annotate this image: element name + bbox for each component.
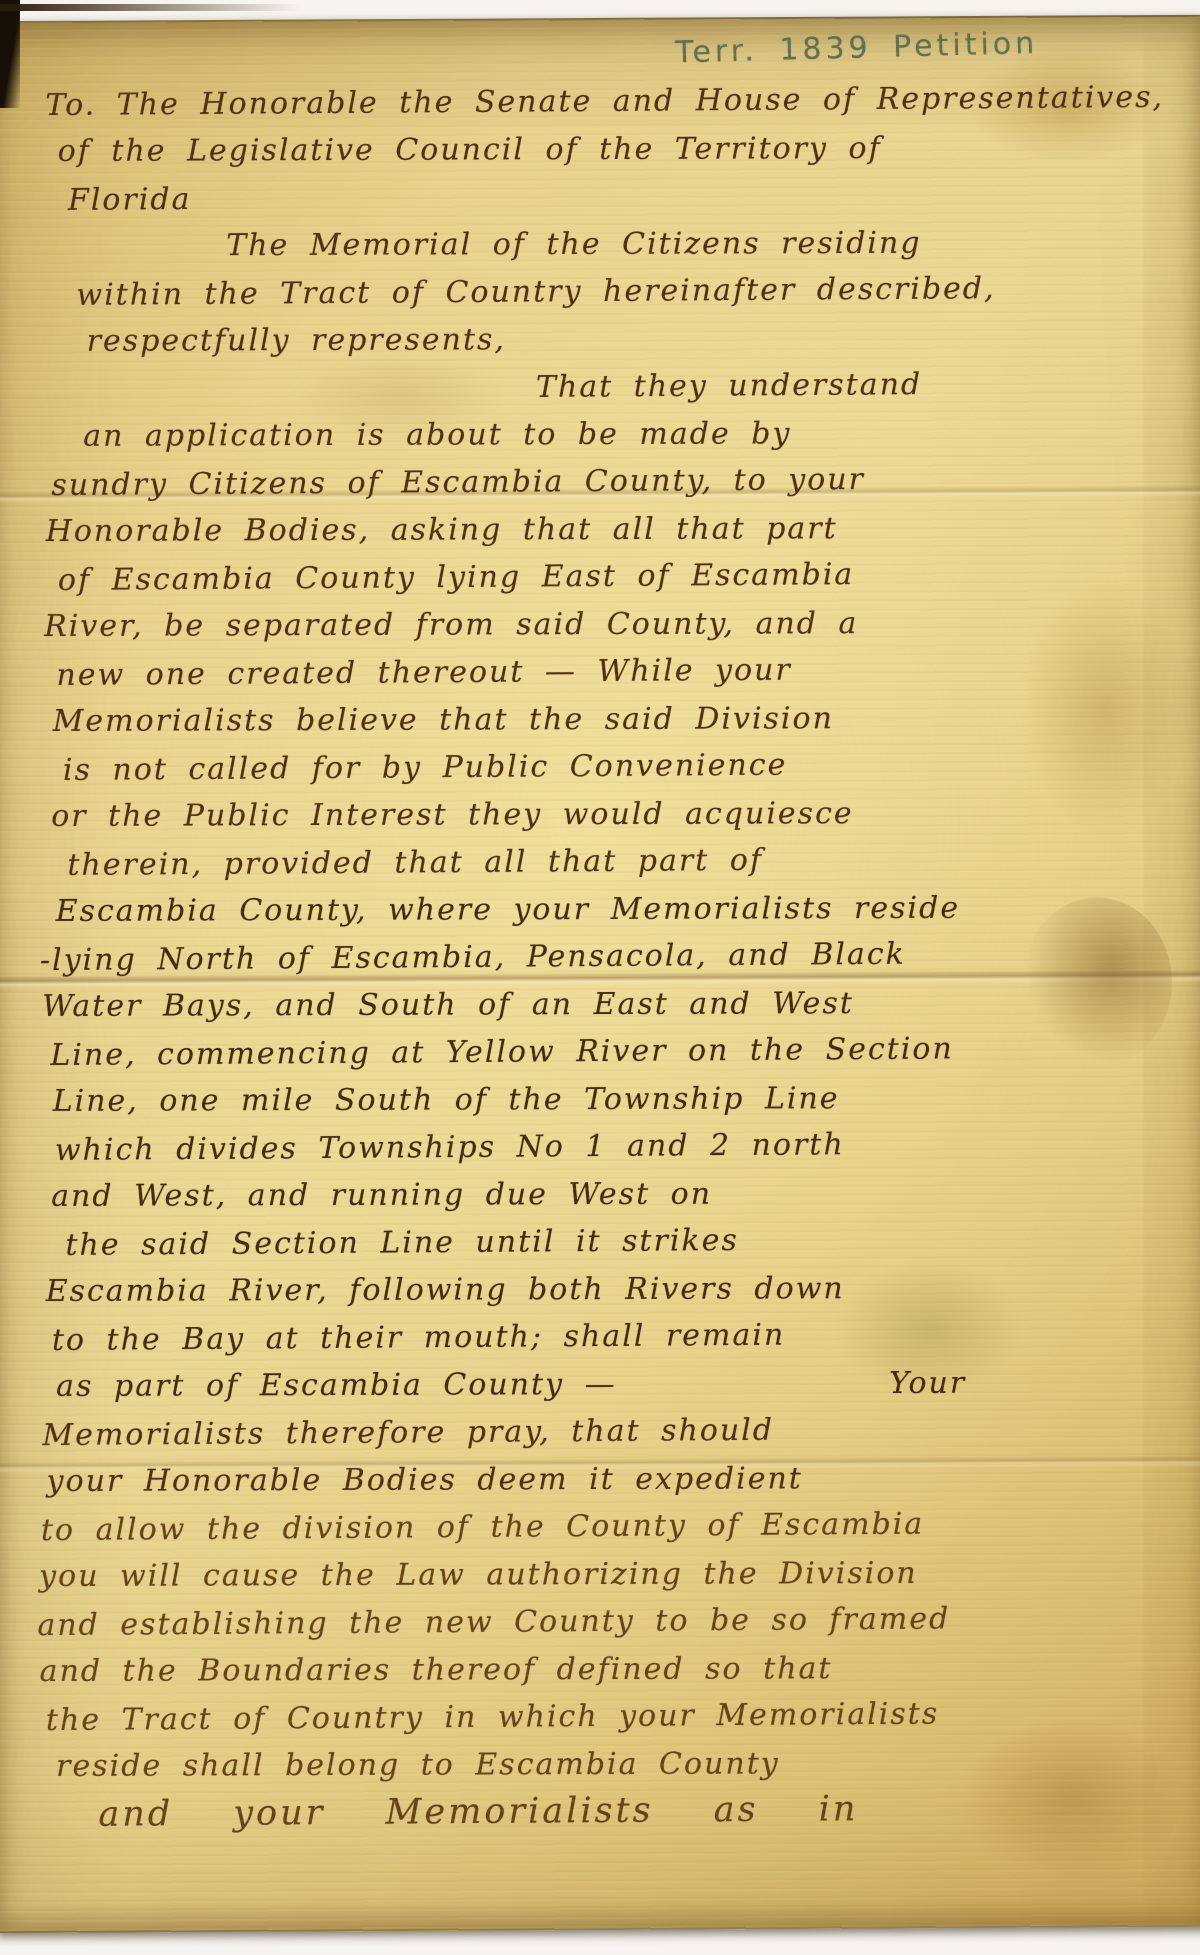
manuscript-line: River, be separated from said County, an…	[44, 599, 1132, 650]
manuscript-line: Memorialists therefore pray, that should	[42, 1404, 1136, 1460]
scanner-edge-artifact	[0, 0, 20, 108]
manuscript-line: Memorialists believe that the said Divis…	[53, 694, 1133, 745]
manuscript-line: The Memorial of the Citizens residing	[226, 219, 1130, 270]
manuscript-line: to the Bay at their mouth; shall remain	[52, 1309, 1136, 1364]
manuscript-line: your Honorable Bodies deem it expedient	[47, 1454, 1137, 1505]
manuscript-line-right: Your	[889, 1359, 966, 1407]
manuscript-line: of the Legislative Council of the Territ…	[58, 124, 1130, 175]
manuscript-line: -lying North of Escambia, Pensacola, and…	[40, 929, 1134, 985]
manuscript-line: you will cause the Law authorizing the D…	[39, 1549, 1137, 1600]
manuscript-line: Escambia River, following both Rivers do…	[46, 1264, 1136, 1315]
manuscript-line: Honorable Bodies, asking that all that p…	[46, 504, 1132, 555]
manuscript-line: to allow the division of the County of E…	[41, 1499, 1137, 1555]
manuscript-line: which divides Townships No 1 and 2 north	[55, 1119, 1135, 1174]
manuscript-line: To. The Honorable the Senate and House o…	[45, 74, 1129, 129]
manuscript-line: That they understand	[536, 360, 1131, 412]
manuscript-line: an application is about to be made by	[83, 409, 1131, 460]
manuscript-line: and your Memorialists as in	[98, 1784, 1138, 1839]
manuscript-line: as part of Escambia County — Your	[56, 1359, 1136, 1410]
manuscript-line: is not called for by Public Convenience	[63, 739, 1133, 794]
manuscript-line: the said Section Line until it strikes	[65, 1214, 1135, 1269]
archival-annotation: Terr. 1839 Petition	[675, 26, 1039, 70]
manuscript-line: Water Bays, and South of an East and Wes…	[42, 979, 1134, 1030]
manuscript-line: the Tract of Country in which your Memor…	[46, 1689, 1138, 1745]
manuscript-line: Florida	[68, 169, 1130, 224]
manuscript-body: To. The Honorable the Senate and House o…	[29, 75, 1138, 1838]
manuscript-line: or the Public Interest they would acquie…	[51, 789, 1133, 840]
manuscript-line: of Escambia County lying East of Escambi…	[58, 549, 1132, 604]
manuscript-line: sundry Citizens of Escambia County, to y…	[51, 454, 1131, 509]
manuscript-line: and West, and running due West on	[51, 1169, 1135, 1220]
manuscript-line: within the Tract of Country hereinafter …	[76, 264, 1130, 319]
scanner-edge-artifact	[0, 4, 300, 11]
manuscript-line: therein, provided that all that part of	[67, 834, 1133, 889]
manuscript-line: Line, commencing at Yellow River on the …	[50, 1024, 1134, 1079]
manuscript-line: new one created thereout — While your	[56, 644, 1132, 699]
manuscript-line: and the Boundaries thereof defined so th…	[40, 1644, 1138, 1695]
manuscript-line: respectfully represents,	[87, 314, 1131, 365]
manuscript-line: reside shall belong to Escambia County	[56, 1739, 1138, 1790]
petition-page: Terr. 1839 Petition To. The Honorable th…	[0, 15, 1200, 1933]
manuscript-line-left: as part of Escambia County —	[56, 1360, 617, 1409]
manuscript-line: Line, one mile South of the Township Lin…	[53, 1074, 1135, 1125]
manuscript-line: and establishing the new County to be so…	[37, 1594, 1137, 1650]
manuscript-line: Escambia County, where your Memorialists…	[56, 884, 1134, 935]
